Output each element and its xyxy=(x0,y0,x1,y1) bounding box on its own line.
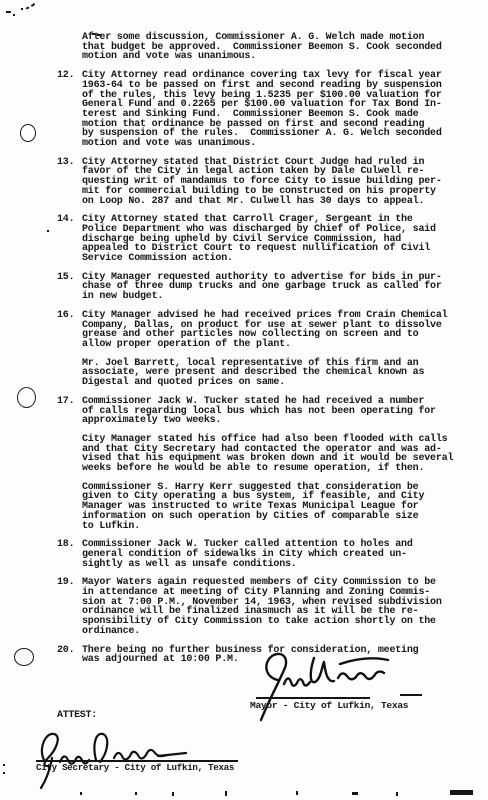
scan-artifact xyxy=(92,33,95,35)
item-number xyxy=(57,33,82,62)
item-11-continuation: After some discussion, Commissioner A. G… xyxy=(57,33,465,62)
scan-artifact xyxy=(13,14,15,16)
item-number: 19. xyxy=(57,578,82,636)
scan-artifact xyxy=(3,764,5,766)
scan-artifact xyxy=(296,791,298,795)
item-13: 13. City Attorney stated that District C… xyxy=(57,158,465,207)
scan-artifact xyxy=(450,790,473,795)
scan-artifact xyxy=(3,772,5,774)
hole-punch-bottom xyxy=(14,648,34,666)
item-number: 16. xyxy=(57,311,82,388)
item-16: 16. City Manager advised he had received… xyxy=(57,311,465,388)
item-paragraph: City Manager requested authority to adve… xyxy=(82,273,465,302)
hole-punch-middle xyxy=(17,387,36,408)
scan-artifact xyxy=(97,34,101,36)
scan-artifact xyxy=(47,230,49,232)
scanned-minutes-page: After some discussion, Commissioner A. G… xyxy=(0,0,488,800)
scan-artifact xyxy=(225,791,227,796)
item-14: 14. City Attorney stated that Carroll Cr… xyxy=(57,215,465,264)
scan-artifact xyxy=(26,6,30,9)
item-17: 17. Commissioner Jack W. Tucker stated h… xyxy=(57,397,465,531)
scan-artifact xyxy=(6,11,11,13)
item-paragraph: Commissioner S. Harry Kerr suggested tha… xyxy=(82,483,465,532)
item-number: 14. xyxy=(57,215,82,264)
item-number: 13. xyxy=(57,158,82,207)
scan-artifact xyxy=(135,792,137,795)
minutes-content: After some discussion, Commissioner A. G… xyxy=(57,33,465,674)
scan-artifact xyxy=(396,792,398,796)
item-paragraph: City Manager advised he had received pri… xyxy=(82,311,465,350)
item-number: 18. xyxy=(57,540,82,569)
scan-artifact xyxy=(31,3,35,7)
hole-punch-top xyxy=(20,124,36,142)
item-19: 19. Mayor Waters again requested members… xyxy=(57,578,465,636)
item-paragraph: Mr. Joel Barrett, local representative o… xyxy=(82,359,465,388)
item-18: 18. Commissioner Jack W. Tucker called a… xyxy=(57,540,465,569)
mayor-handwritten-signature xyxy=(248,650,398,725)
item-paragraph: After some discussion, Commissioner A. G… xyxy=(82,33,465,62)
item-paragraph: City Attorney stated that District Court… xyxy=(82,158,465,207)
item-paragraph: Mayor Waters again requested members of … xyxy=(82,578,465,636)
item-number: 15. xyxy=(57,273,82,302)
item-number: 17. xyxy=(57,397,82,531)
mayor-signature-line xyxy=(256,697,370,699)
item-12: 12. City Attorney read ordinance coverin… xyxy=(57,71,465,149)
mayor-signature-line-end xyxy=(400,694,422,696)
secretary-signature-label: City Secretary - City of Lufkin, Texas xyxy=(36,762,234,773)
item-paragraph: Commissioner Jack W. Tucker stated he ha… xyxy=(82,397,465,426)
scan-artifact xyxy=(21,8,23,10)
mayor-signature-label: Mayor - City of Lufkin, Texas xyxy=(250,700,408,711)
item-paragraph: City Manager stated his office had also … xyxy=(82,435,465,474)
item-paragraph: City Attorney stated that Carroll Crager… xyxy=(82,215,465,264)
item-number: 20. xyxy=(57,646,82,665)
item-15: 15. City Manager requested authority to … xyxy=(57,273,465,302)
item-paragraph: City Attorney read ordinance covering ta… xyxy=(82,71,465,149)
item-paragraph: Commissioner Jack W. Tucker called atten… xyxy=(82,540,465,569)
scan-artifact xyxy=(172,792,174,796)
attest-label: ATTEST: xyxy=(57,710,97,721)
scan-artifact xyxy=(352,792,358,795)
item-number: 12. xyxy=(57,71,82,149)
scan-artifact xyxy=(80,792,82,795)
